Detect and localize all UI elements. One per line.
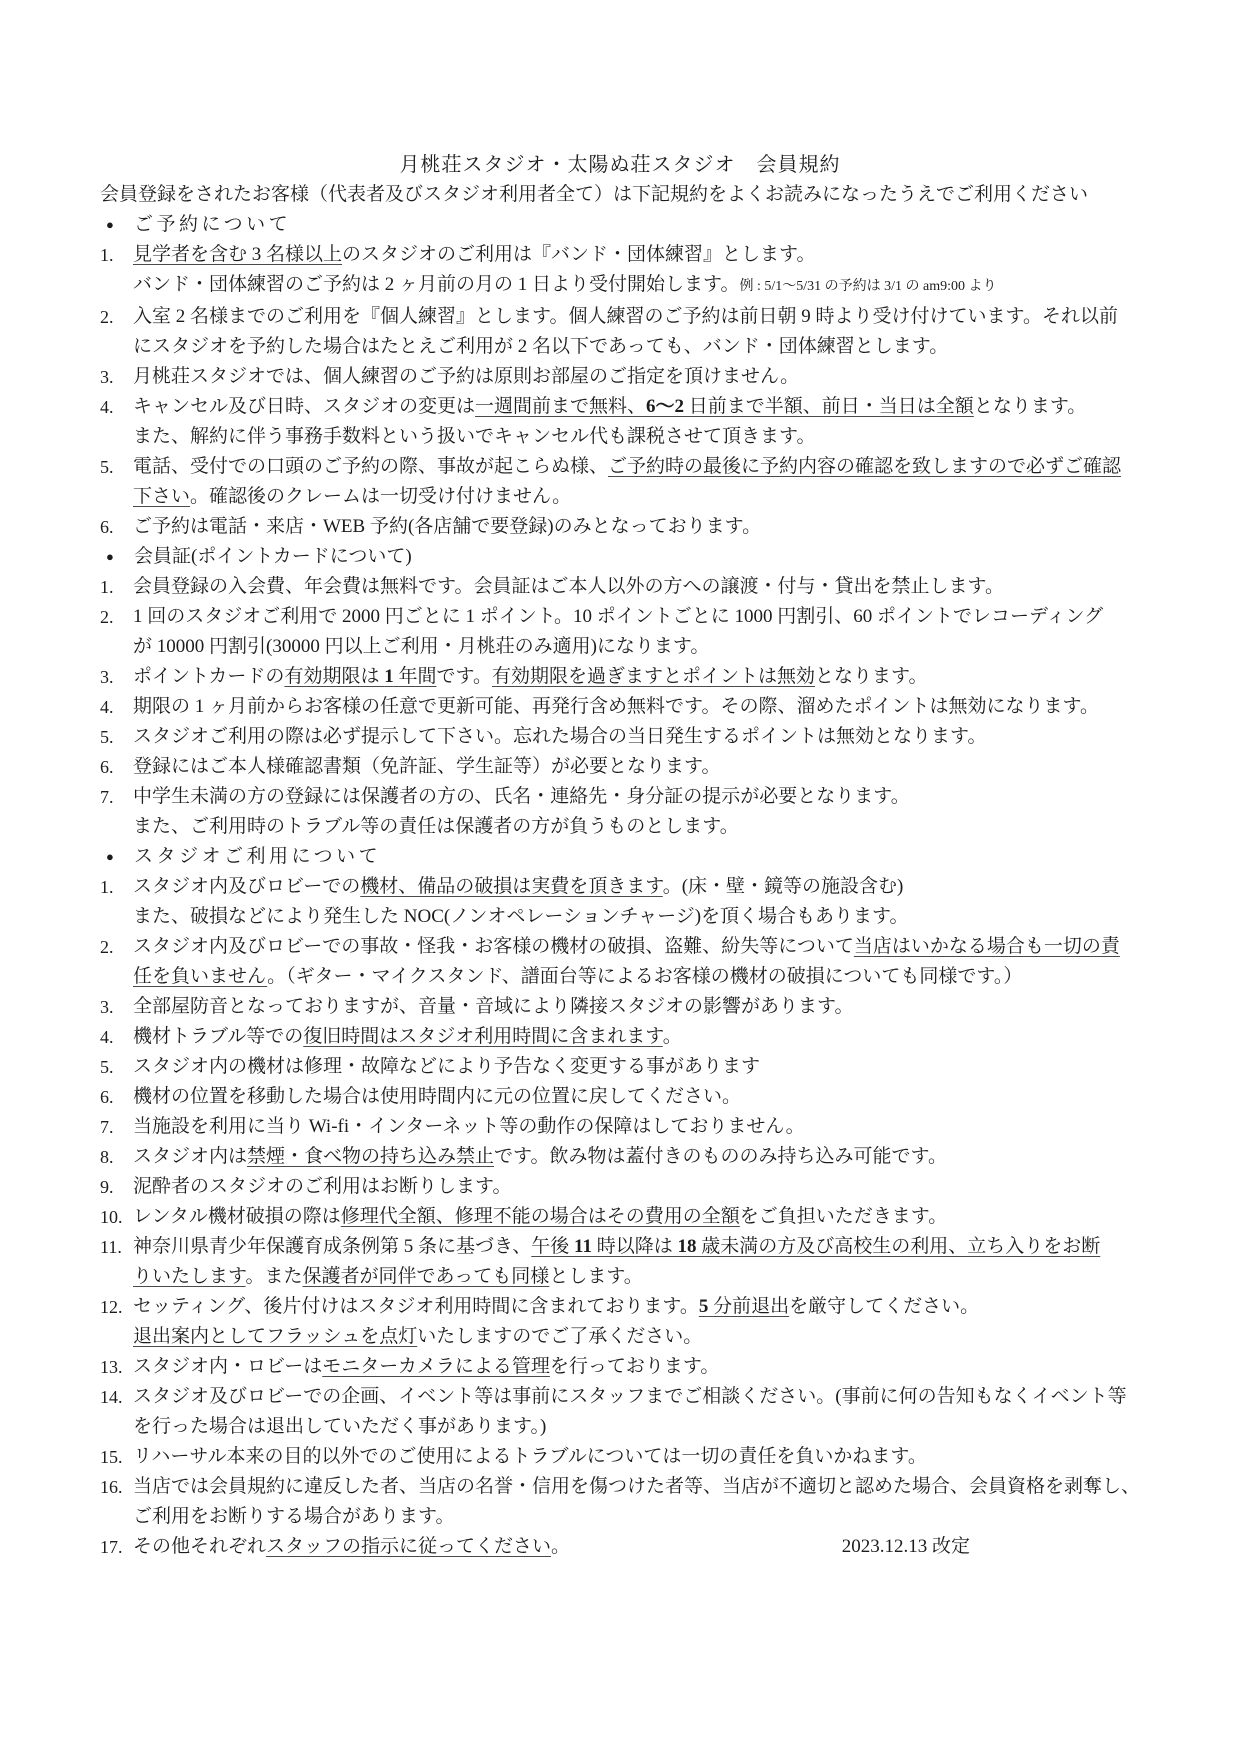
item-line: 全部屋防音となっておりますが、音量・音域により隣接スタジオの影響があります。 [133, 992, 1140, 1022]
item-number: 11. [100, 1232, 122, 1262]
item-line: 泥酔者のスタジオのご利用はお断りします。 [133, 1172, 1140, 1202]
section-bullet-icon: ● [106, 210, 134, 240]
section-bullet-icon: ● [106, 842, 134, 872]
text-segment: 11 [574, 1236, 592, 1257]
item-line: 期限の 1 ヶ月前からお客様の任意で更新可能、再発行含め無料です。その際、溜めた… [133, 692, 1140, 722]
item-number: 2. [100, 302, 114, 332]
text-segment: 会員登録の入会費、年会費は無料です。会員証はご本人以外の方への譲渡・付与・貸出を… [133, 576, 1004, 597]
text-segment: いたしますのでご了承ください。 [417, 1326, 702, 1347]
item-line: にスタジオを予約した場合はたとえご利用が 2 名以下であっても、バンド・団体練習… [133, 332, 1140, 362]
list-item: 13.スタジオ内・ロビーはモニターカメラによる管理を行っております。 [100, 1352, 1140, 1382]
text-segment: セッティング、後片付けはスタジオ利用時間に含まれております。 [133, 1296, 699, 1317]
text-segment: です。 [436, 666, 491, 687]
list-item: 17.その他それぞれスタッフの指示に従ってください。2023.12.13 改定 [100, 1532, 1140, 1562]
list-item: 2.スタジオ内及びロビーでの事故・怪我・お客様の機材の破損、盗難、紛失等について… [100, 932, 1140, 992]
item-number: 5. [100, 452, 114, 482]
text-segment: 月桃荘スタジオでは、個人練習のご予約は原則お部屋のご指定を頂けません。 [133, 366, 799, 387]
list-item: 6.機材の位置を移動した場合は使用時間内に元の位置に戻してください。 [100, 1082, 1140, 1112]
item-number: 4. [100, 392, 114, 422]
text-segment: バンド・団体練習のご予約は 2 ヶ月前の月の 1 日より受付開始します。 [133, 274, 739, 295]
text-segment: 退出案内としてフラッシュを点灯 [133, 1326, 417, 1347]
text-segment: となります。 [815, 666, 927, 687]
text-segment: を行っております。 [550, 1356, 719, 1377]
list-item: 5.スタジオ内の機材は修理・故障などにより予告なく変更する事があります [100, 1052, 1140, 1082]
text-segment: スタジオ内の機材は修理・故障などにより予告なく変更する事があります [133, 1056, 760, 1077]
list-item: 6.登録にはご本人様確認書類（免許証、学生証等）が必要となります。 [100, 752, 1140, 782]
text-segment: 電話、受付での口頭のご予約の際、事故が起こらぬ様、 [133, 456, 608, 477]
text-segment: スタジオ内及びロビーでの [133, 876, 360, 897]
item-line: 機材トラブル等での復旧時間はスタジオ利用時間に含まれます。 [133, 1022, 1140, 1052]
list-item: 15.リハーサル本来の目的以外でのご使用によるトラブルについては一切の責任を負い… [100, 1442, 1140, 1472]
text-segment: とします。 [549, 1266, 642, 1287]
item-number: 4. [100, 1022, 114, 1052]
item-line: りいたします。また保護者が同伴であっても同様とします。 [133, 1262, 1140, 1292]
text-segment: キャンセル及び日時、スタジオの変更は [133, 396, 475, 417]
list-item: 1.会員登録の入会費、年会費は無料です。会員証はご本人以外の方への譲渡・付与・貸… [100, 572, 1140, 602]
list-item: 14.スタジオ及びロビーでの企画、イベント等は事前にスタッフまでご相談ください。… [100, 1382, 1140, 1442]
text-segment: 例 : 5/1～5/31 の予約は 3/1 の am9:00 より [739, 279, 996, 294]
item-line: スタジオ内及びロビーでの事故・怪我・お客様の機材の破損、盗難、紛失等について当店… [133, 932, 1140, 962]
list-item: 3.ポイントカードの有効期限は 1 年間です。有効期限を過ぎますとポイントは無効… [100, 662, 1140, 692]
item-number: 9. [100, 1172, 114, 1202]
list-item: 4.キャンセル及び日時、スタジオの変更は一週間前まで無料、6～2 日前まで半額、… [100, 392, 1140, 452]
item-line: また、ご利用時のトラブル等の責任は保護者の方が負うものとします。 [133, 812, 1140, 842]
item-line: 月桃荘スタジオでは、個人練習のご予約は原則お部屋のご指定を頂けません。 [133, 362, 1140, 392]
list-item: 9.泥酔者のスタジオのご利用はお断りします。 [100, 1172, 1140, 1202]
text-segment: 。確認後のクレームは一切受け付けません。 [190, 486, 571, 507]
section-heading: ●会員証(ポイントカードについて) [100, 542, 1140, 572]
text-segment: また、破損などにより発生した NOC(ノンオペレーションチャージ)を頂く場合もあ… [133, 906, 909, 927]
item-line: スタジオご利用の際は必ず提示して下さい。忘れた場合の当日発生するポイントは無効と… [133, 722, 1140, 752]
document-page: 月桃荘スタジオ・太陽ぬ荘スタジオ 会員規約 会員登録をされたお客様（代表者及びス… [0, 0, 1240, 1755]
list-item: 12.セッティング、後片付けはスタジオ利用時間に含まれております。5 分前退出を… [100, 1292, 1140, 1352]
item-number: 1. [100, 572, 114, 602]
item-number: 16. [100, 1472, 123, 1502]
text-segment: レンタル機材破損の際は [133, 1206, 341, 1227]
list-item: 3.全部屋防音となっておりますが、音量・音域により隣接スタジオの影響があります。 [100, 992, 1140, 1022]
list-item: 1.スタジオ内及びロビーでの機材、備品の破損は実費を頂きます。(床・壁・鏡等の施… [100, 872, 1140, 932]
text-segment: を厳守してください。 [789, 1296, 979, 1317]
text-segment: 修理代全額、修理不能の場合はその費用の全額 [341, 1206, 740, 1227]
item-line: 下さい。確認後のクレームは一切受け付けません。 [133, 482, 1140, 512]
text-segment: を行った場合は退出していただく事があります。) [133, 1416, 546, 1437]
text-segment: 泥酔者のスタジオのご利用はお断りします。 [133, 1176, 511, 1197]
item-number: 17. [100, 1532, 123, 1562]
item-number: 5. [100, 722, 114, 752]
item-number: 14. [100, 1382, 123, 1412]
item-line: ご利用をお断りする場合があります。 [133, 1502, 1140, 1532]
text-segment: にスタジオを予約した場合はたとえご利用が 2 名以下であっても、バンド・団体練習… [133, 336, 948, 357]
text-segment: のスタジオのご利用は『バンド・団体練習』とします。 [342, 244, 815, 265]
text-segment: 下さい [133, 486, 190, 507]
text-segment: 。 [551, 1536, 570, 1557]
text-segment: 任を負いません [133, 966, 267, 987]
text-segment: 一週間前まで無料、 [475, 396, 646, 417]
item-number: 3. [100, 992, 114, 1022]
text-segment: 18 [677, 1236, 696, 1257]
text-segment: 全部屋防音となっておりますが、音量・音域により隣接スタジオの影響があります。 [133, 996, 853, 1017]
item-line: セッティング、後片付けはスタジオ利用時間に含まれております。5 分前退出を厳守し… [133, 1292, 1140, 1322]
list-item: 6.ご予約は電話・来店・WEB 予約(各店舗で要登録)のみとなっております。 [100, 512, 1140, 542]
text-segment: 歳未満の方及び高校生の利用、立ち入りをお断 [696, 1236, 1100, 1257]
item-line: また、破損などにより発生した NOC(ノンオペレーションチャージ)を頂く場合もあ… [133, 902, 1140, 932]
text-segment: 期限の 1 ヶ月前からお客様の任意で更新可能、再発行含め無料です。その際、溜めた… [133, 696, 1099, 717]
item-line: スタジオ内の機材は修理・故障などにより予告なく変更する事があります [133, 1052, 1140, 1082]
page-title: 月桃荘スタジオ・太陽ぬ荘スタジオ 会員規約 [100, 150, 1140, 180]
list-item: 4.期限の 1 ヶ月前からお客様の任意で更新可能、再発行含め無料です。その際、溜… [100, 692, 1140, 722]
text-segment: 中学生未満の方の登録には保護者の方の、氏名・連絡先・身分証の提示が必要となります… [133, 786, 910, 807]
text-segment: 保護者が同伴であっても同様 [303, 1266, 550, 1287]
item-line: スタジオ内は禁煙・食べ物の持ち込み禁止です。飲み物は蓋付きのもののみ持ち込み可能… [133, 1142, 1140, 1172]
item-number: 6. [100, 752, 114, 782]
item-number: 10. [100, 1202, 123, 1232]
text-segment: 1 [384, 666, 394, 687]
text-segment: ご予約は電話・来店・WEB 予約(各店舗で要登録)のみとなっております。 [133, 516, 761, 537]
item-number: 8. [100, 1142, 114, 1172]
item-number: 5. [100, 1052, 114, 1082]
item-line: スタジオ内・ロビーはモニターカメラによる管理を行っております。 [133, 1352, 1140, 1382]
item-number: 2. [100, 602, 114, 632]
text-segment: リハーサル本来の目的以外でのご使用によるトラブルについては一切の責任を負いかねま… [133, 1446, 927, 1467]
item-line: 機材の位置を移動した場合は使用時間内に元の位置に戻してください。 [133, 1082, 1140, 1112]
list-item: 2.1 回のスタジオご利用で 2000 円ごとに 1 ポイント。10 ポイントご… [100, 602, 1140, 662]
text-segment: 分前退出 [708, 1296, 789, 1317]
text-segment: 5 [699, 1296, 709, 1317]
section-heading: ●スタジオご利用について [100, 842, 1140, 872]
item-number: 4. [100, 692, 114, 722]
text-segment: をご負担いただきます。 [740, 1206, 947, 1227]
text-segment: スタジオ及びロビーでの企画、イベント等は事前にスタッフまでご相談ください。(事前… [133, 1386, 1127, 1407]
item-line: 当施設を利用に当り Wi-fi・インターネット等の動作の保障はしておりません。 [133, 1112, 1140, 1142]
section-heading: ●ご予約について [100, 210, 1140, 240]
item-line: 会員登録の入会費、年会費は無料です。会員証はご本人以外の方への譲渡・付与・貸出を… [133, 572, 1140, 602]
text-segment: が 10000 円割引(30000 円以上ご利用・月桃荘のみ適用)になります。 [133, 636, 709, 657]
item-line: が 10000 円割引(30000 円以上ご利用・月桃荘のみ適用)になります。 [133, 632, 1140, 662]
text-segment: 日前まで半額、前日・当日は全額 [684, 396, 974, 417]
text-segment: 機材の位置を移動した場合は使用時間内に元の位置に戻してください。 [133, 1086, 741, 1107]
item-line: スタジオ及びロビーでの企画、イベント等は事前にスタッフまでご相談ください。(事前… [133, 1382, 1140, 1412]
text-segment: 1 回のスタジオご利用で 2000 円ごとに 1 ポイント。10 ポイントごとに… [133, 606, 1103, 627]
text-segment: 禁煙・食べ物の持ち込み禁止 [247, 1146, 494, 1167]
item-line: レンタル機材破損の際は修理代全額、修理不能の場合はその費用の全額をご負担いただき… [133, 1202, 1140, 1232]
text-segment: 当施設を利用に当り Wi-fi・インターネット等の動作の保障はしておりません。 [133, 1116, 805, 1137]
text-segment: 当店はいかなる場合も一切の責 [854, 936, 1120, 957]
list-item: 7.中学生未満の方の登録には保護者の方の、氏名・連絡先・身分証の提示が必要となり… [100, 782, 1140, 842]
text-segment: ご利用をお断りする場合があります。 [133, 1506, 454, 1527]
text-segment: 機材、備品の破損は実費を頂きます [360, 876, 662, 897]
text-segment: 。(床・壁・鏡等の施設含む) [663, 876, 904, 897]
item-number: 1. [100, 872, 114, 902]
text-segment: スタジオ内・ロビーは [133, 1356, 322, 1377]
list-item: 16.当店では会員規約に違反した者、当店の名誉・信用を傷つけた者等、当店が不適切… [100, 1472, 1140, 1532]
list-item: 3.月桃荘スタジオでは、個人練習のご予約は原則お部屋のご指定を頂けません。 [100, 362, 1140, 392]
item-line: 入室 2 名様までのご利用を『個人練習』とします。個人練習のご予約は前日朝 9 … [133, 302, 1140, 332]
text-segment: ご予約時の最後に予約内容の確認を致しますので必ずご確認 [608, 456, 1121, 477]
sections: ●ご予約について1.見学者を含む 3 名様以上のスタジオのご利用は『バンド・団体… [100, 210, 1140, 1562]
item-line: その他それぞれスタッフの指示に従ってください。2023.12.13 改定 [133, 1532, 1140, 1562]
item-line: また、解約に伴う事務手数料という扱いでキャンセル代も課税させて頂きます。 [133, 422, 1140, 452]
list-item: 10.レンタル機材破損の際は修理代全額、修理不能の場合はその費用の全額をご負担い… [100, 1202, 1140, 1232]
text-segment: 。 [663, 1026, 682, 1047]
text-segment: 6～2 [646, 396, 684, 417]
text-segment: 神奈川県青少年保護育成条例第 5 条に基づき、 [133, 1236, 531, 1257]
list-item: 4.機材トラブル等での復旧時間はスタジオ利用時間に含まれます。 [100, 1022, 1140, 1052]
item-line: 登録にはご本人様確認書類（免許証、学生証等）が必要となります。 [133, 752, 1140, 782]
section-title: ご予約について [134, 214, 291, 235]
item-line: 電話、受付での口頭のご予約の際、事故が起こらぬ様、ご予約時の最後に予約内容の確認… [133, 452, 1140, 482]
item-line: キャンセル及び日時、スタジオの変更は一週間前まで無料、6～2 日前まで半額、前日… [133, 392, 1140, 422]
item-line: 中学生未満の方の登録には保護者の方の、氏名・連絡先・身分証の提示が必要となります… [133, 782, 1140, 812]
item-number: 7. [100, 782, 114, 812]
item-line: 1 回のスタジオご利用で 2000 円ごとに 1 ポイント。10 ポイントごとに… [133, 602, 1140, 632]
text-segment: 復旧時間はスタジオ利用時間に含まれます [303, 1026, 662, 1047]
item-number: 13. [100, 1352, 123, 1382]
text-segment: スタジオ内は [133, 1146, 247, 1167]
text-segment: 機材トラブル等での [133, 1026, 303, 1047]
text-segment: 見学者を含む 3 名様以上 [133, 244, 342, 265]
text-segment: その他それぞれ [133, 1536, 266, 1557]
item-line: リハーサル本来の目的以外でのご使用によるトラブルについては一切の責任を負いかねま… [133, 1442, 1140, 1472]
section-bullet-icon: ● [106, 542, 134, 572]
section-title: 会員証(ポイントカードについて) [134, 546, 412, 567]
list-item: 11.神奈川県青少年保護育成条例第 5 条に基づき、午後 11 時以降は 18 … [100, 1232, 1140, 1292]
item-number: 3. [100, 662, 114, 692]
text-segment: 登録にはご本人様確認書類（免許証、学生証等）が必要となります。 [133, 756, 720, 777]
item-line: 当店では会員規約に違反した者、当店の名誉・信用を傷つけた者等、当店が不適切と認め… [133, 1472, 1140, 1502]
item-line: ご予約は電話・来店・WEB 予約(各店舗で要登録)のみとなっております。 [133, 512, 1140, 542]
revision-date: 2023.12.13 改定 [842, 1532, 970, 1562]
text-segment: また、ご利用時のトラブル等の責任は保護者の方が負うものとします。 [133, 816, 739, 837]
text-segment: です。飲み物は蓋付きのもののみ持ち込み可能です。 [494, 1146, 947, 1167]
intro-text: 会員登録をされたお客様（代表者及びスタジオ利用者全て）は下記規約をよくお読みにな… [100, 180, 1140, 210]
item-line: ポイントカードの有効期限は 1 年間です。有効期限を過ぎますとポイントは無効とな… [133, 662, 1140, 692]
text-segment: スタジオご利用の際は必ず提示して下さい。忘れた場合の当日発生するポイントは無効と… [133, 726, 986, 747]
item-number: 3. [100, 362, 114, 392]
item-line: スタジオ内及びロビーでの機材、備品の破損は実費を頂きます。(床・壁・鏡等の施設含… [133, 872, 1140, 902]
item-number: 6. [100, 1082, 114, 1112]
text-segment: 入室 2 名様までのご利用を『個人練習』とします。個人練習のご予約は前日朝 9 … [133, 306, 1118, 327]
item-number: 12. [100, 1292, 123, 1322]
item-line: 見学者を含む 3 名様以上のスタジオのご利用は『バンド・団体練習』とします。 [133, 240, 1140, 270]
list-item: 7.当施設を利用に当り Wi-fi・インターネット等の動作の保障はしておりません… [100, 1112, 1140, 1142]
list-item: 5.スタジオご利用の際は必ず提示して下さい。忘れた場合の当日発生するポイントは無… [100, 722, 1140, 752]
text-segment: となります。 [974, 396, 1086, 417]
item-line: 神奈川県青少年保護育成条例第 5 条に基づき、午後 11 時以降は 18 歳未満… [133, 1232, 1140, 1262]
text-segment: 。また [245, 1266, 302, 1287]
text-segment: 有効期限を過ぎますとポイントは無効 [492, 666, 815, 687]
text-segment: 午後 [531, 1236, 574, 1257]
text-segment: 年間 [394, 666, 437, 687]
item-number: 6. [100, 512, 114, 542]
text-segment: 。（ギター・マイクスタンド、譜面台等によるお客様の機材の破損についても同様です。… [267, 966, 1022, 987]
list-item: 5.電話、受付での口頭のご予約の際、事故が起こらぬ様、ご予約時の最後に予約内容の… [100, 452, 1140, 512]
item-number: 7. [100, 1112, 114, 1142]
text-segment: 有効期限は [284, 666, 384, 687]
section-title: スタジオご利用について [134, 846, 381, 867]
list-item: 2.入室 2 名様までのご利用を『個人練習』とします。個人練習のご予約は前日朝 … [100, 302, 1140, 362]
list-item: 8.スタジオ内は禁煙・食べ物の持ち込み禁止です。飲み物は蓋付きのもののみ持ち込み… [100, 1142, 1140, 1172]
text-segment: スタッフの指示に従ってください [266, 1536, 551, 1557]
text-segment: りいたします [133, 1266, 245, 1287]
item-line: 退出案内としてフラッシュを点灯いたしますのでご了承ください。 [133, 1322, 1140, 1352]
item-number: 2. [100, 932, 114, 962]
item-number: 15. [100, 1442, 123, 1472]
text-segment: また、解約に伴う事務手数料という扱いでキャンセル代も課税させて頂きます。 [133, 426, 815, 447]
item-line: 任を負いません。（ギター・マイクスタンド、譜面台等によるお客様の機材の破損につい… [133, 962, 1140, 992]
list-item: 1.見学者を含む 3 名様以上のスタジオのご利用は『バンド・団体練習』とします。… [100, 240, 1140, 302]
item-number: 1. [100, 240, 114, 270]
text-segment: 当店では会員規約に違反した者、当店の名誉・信用を傷つけた者等、当店が不適切と認め… [133, 1476, 1140, 1497]
item-line: を行った場合は退出していただく事があります。) [133, 1412, 1140, 1442]
item-line: バンド・団体練習のご予約は 2 ヶ月前の月の 1 日より受付開始します。例 : … [133, 270, 1140, 302]
text-segment: スタジオ内及びロビーでの事故・怪我・お客様の機材の破損、盗難、紛失等について [133, 936, 854, 957]
text-segment: ポイントカードの [133, 666, 284, 687]
text-segment: 時以降は [592, 1236, 678, 1257]
text-segment: モニターカメラによる管理 [322, 1356, 550, 1377]
